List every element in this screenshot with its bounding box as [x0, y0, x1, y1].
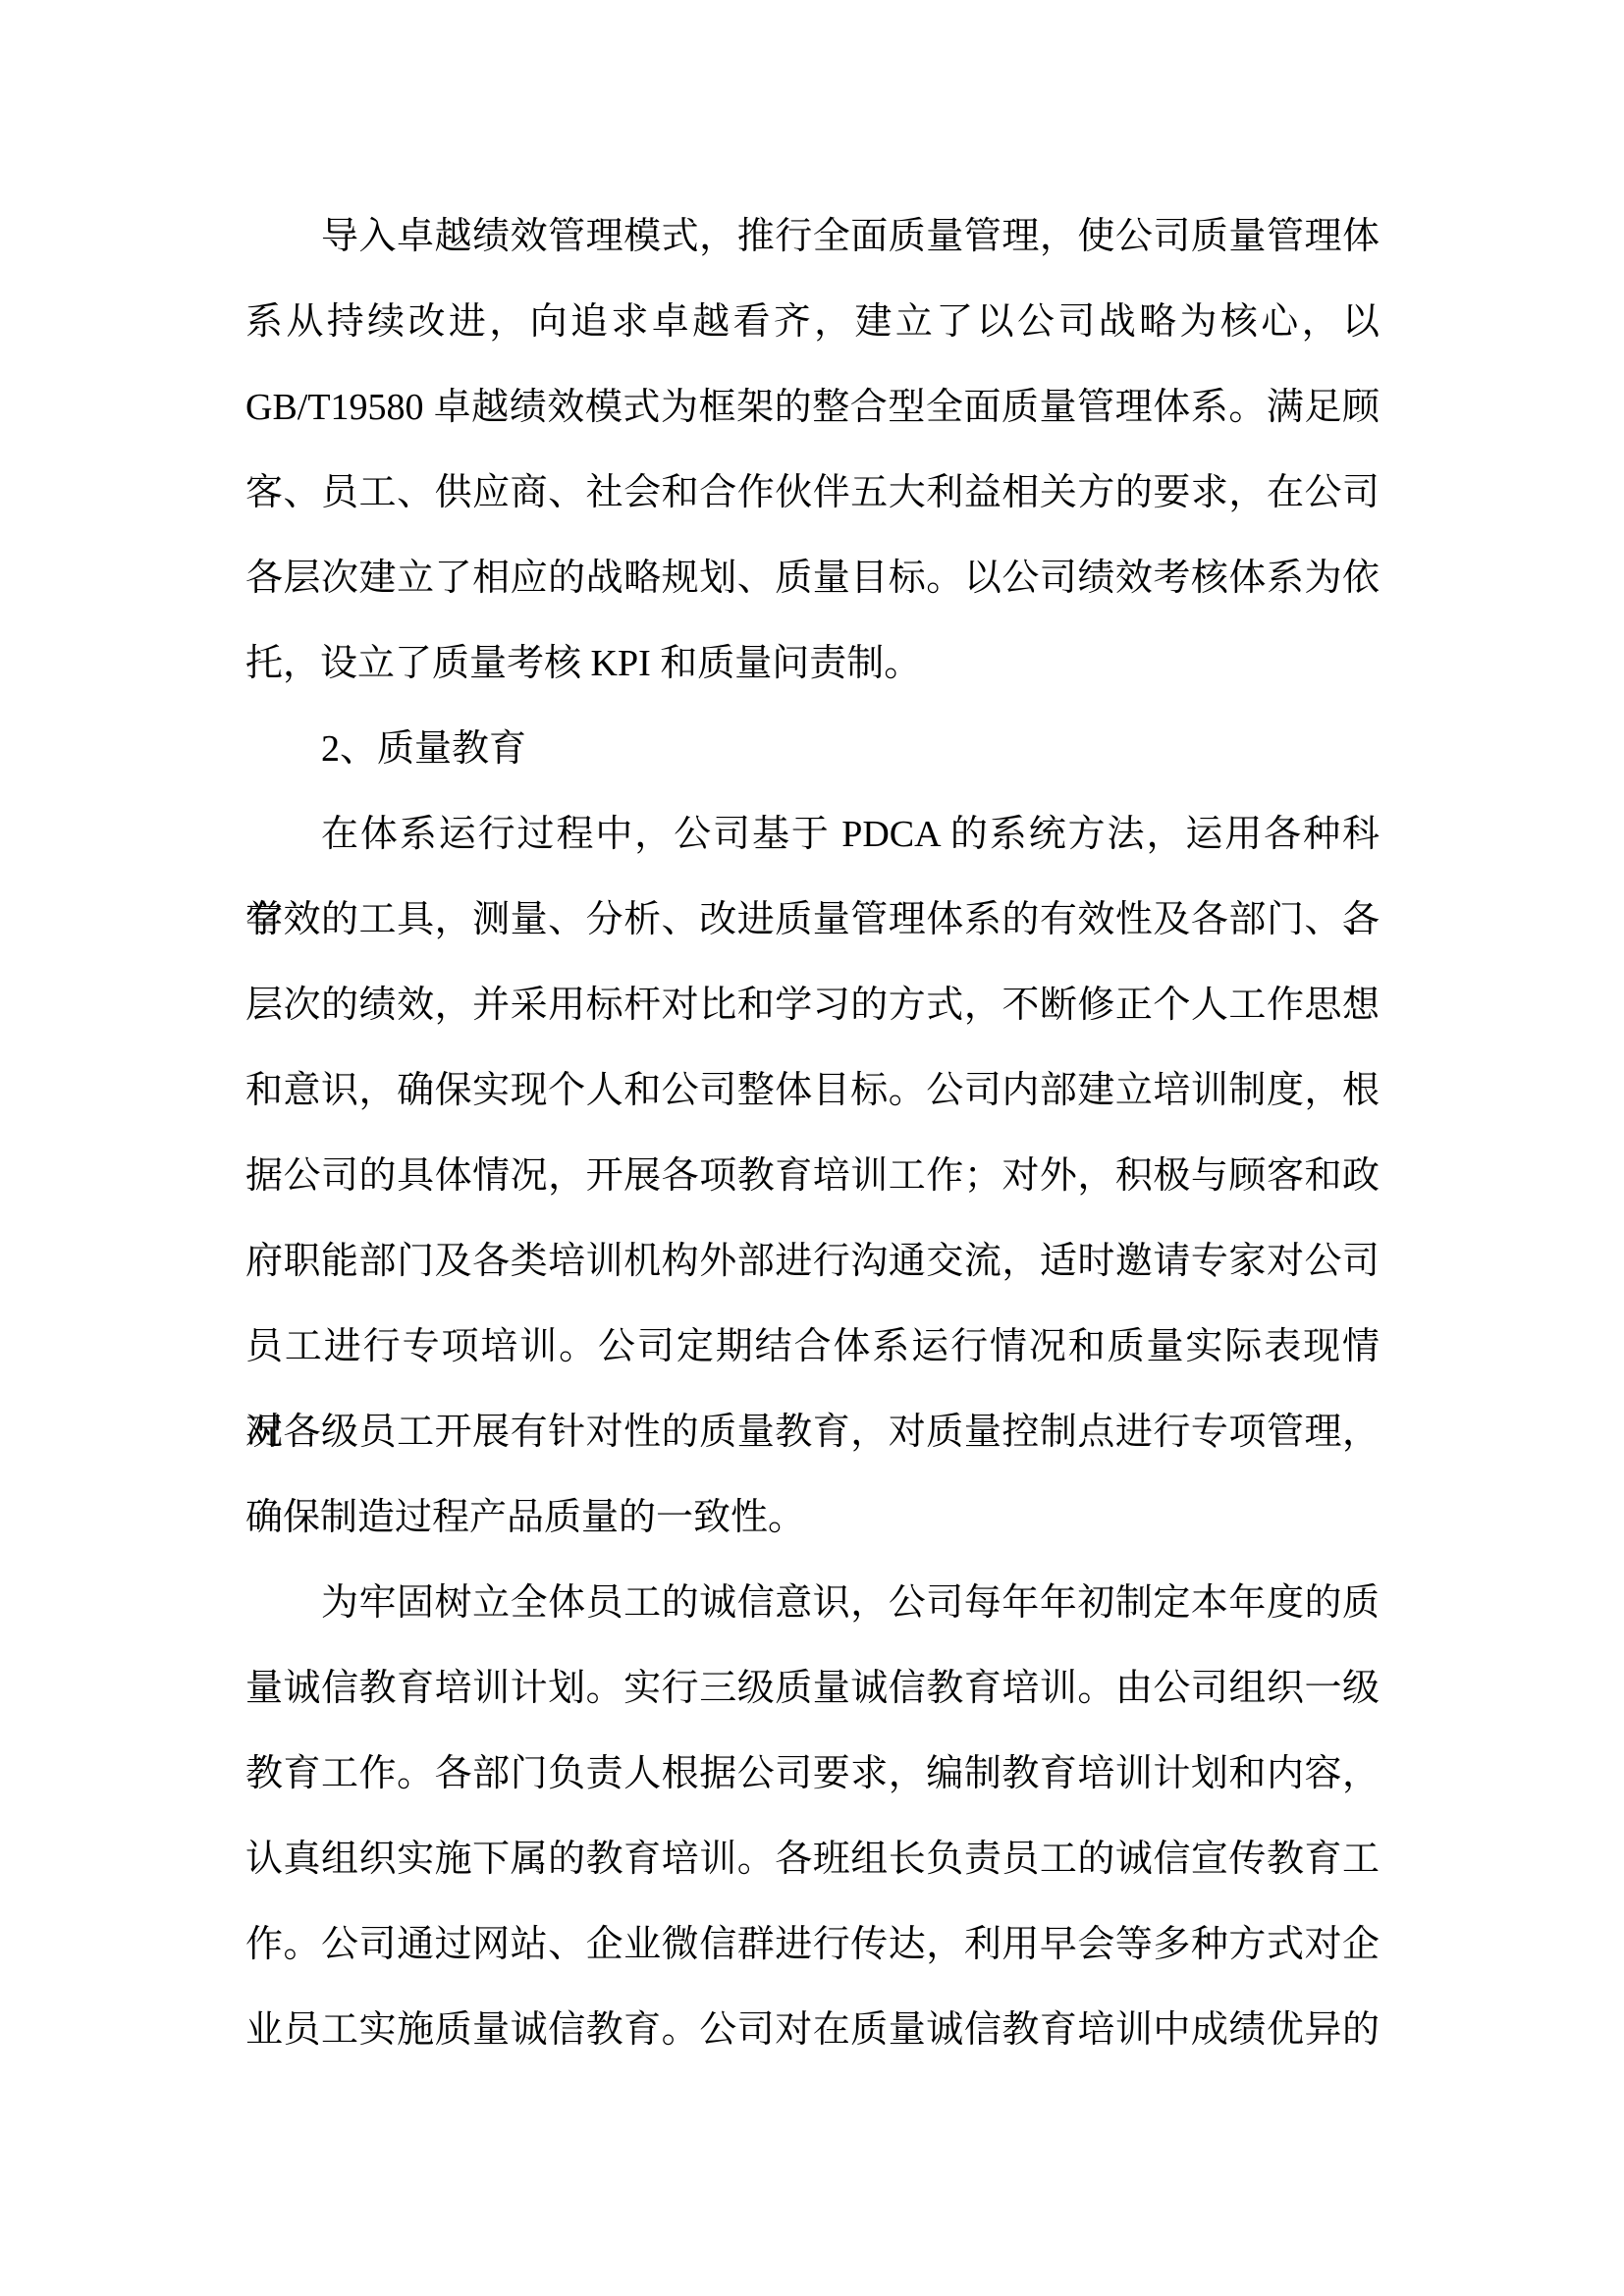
paragraph-line: 据公司的具体情况，开展各项教育培训工作；对外，积极与顾客和政 — [245, 1134, 1380, 1219]
paragraph-line: 系从持续改进，向追求卓越看齐，建立了以公司战略为核心，以 — [245, 280, 1380, 365]
paragraph-line: 确保制造过程产品质量的一致性。 — [245, 1475, 1380, 1561]
document-body-text: 导入卓越绩效管理模式，推行全面质量管理，使公司质量管理体 系从持续改进，向追求卓… — [245, 194, 1380, 2073]
paragraph-line: 有效的工具，测量、分析、改进质量管理体系的有效性及各部门、各 — [245, 878, 1380, 963]
paragraph-line: 和意识，确保实现个人和公司整体目标。公司内部建立培训制度，根 — [245, 1048, 1380, 1134]
paragraph-line: 对各级员工开展有针对性的质量教育，对质量控制点进行专项管理， — [245, 1390, 1380, 1475]
paragraph-line: 导入卓越绩效管理模式，推行全面质量管理，使公司质量管理体 — [245, 194, 1380, 280]
paragraph-line: 员工进行专项培训。公司定期结合体系运行情况和质量实际表现情况， — [245, 1305, 1380, 1390]
paragraph-line: 教育工作。各部门负责人根据公司要求，编制教育培训计划和内容， — [245, 1732, 1380, 1817]
paragraph-line: 客、员工、供应商、社会和合作伙伴五大利益相关方的要求，在公司 — [245, 451, 1380, 536]
paragraph-line: 托，设立了质量考核 KPI 和质量问责制。 — [245, 621, 1380, 707]
paragraph-line: 量诚信教育培训计划。实行三级质量诚信教育培训。由公司组织一级 — [245, 1646, 1380, 1732]
paragraph-line: 业员工实施质量诚信教育。公司对在质量诚信教育培训中成绩优异的 — [245, 1988, 1380, 2073]
paragraph-line: 为牢固树立全体员工的诚信意识，公司每年年初制定本年度的质 — [245, 1561, 1380, 1646]
paragraph-line: 作。公司通过网站、企业微信群进行传达，利用早会等多种方式对企 — [245, 1902, 1380, 1988]
paragraph-line: 认真组织实施下属的教育培训。各班组长负责员工的诚信宣传教育工 — [245, 1817, 1380, 1902]
paragraph-line: 各层次建立了相应的战略规划、质量目标。以公司绩效考核体系为依 — [245, 536, 1380, 621]
document-page: 导入卓越绩效管理模式，推行全面质量管理，使公司质量管理体 系从持续改进，向追求卓… — [0, 0, 1624, 2296]
paragraph-line: GB/T19580 卓越绩效模式为框架的整合型全面质量管理体系。满足顾 — [245, 365, 1380, 451]
section-heading: 2、质量教育 — [245, 707, 1380, 792]
paragraph-line: 层次的绩效，并采用标杆对比和学习的方式，不断修正个人工作思想 — [245, 963, 1380, 1048]
paragraph-line: 府职能部门及各类培训机构外部进行沟通交流，适时邀请专家对公司 — [245, 1219, 1380, 1305]
paragraph-line: 在体系运行过程中，公司基于 PDCA 的系统方法，运用各种科学、 — [245, 792, 1380, 878]
